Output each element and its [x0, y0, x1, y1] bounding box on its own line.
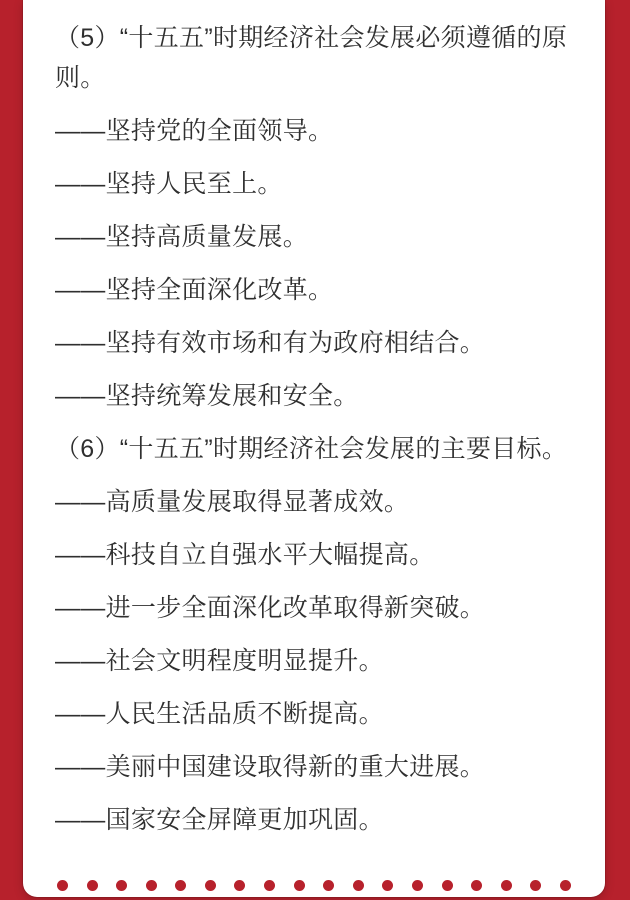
goal-item: ——社会文明程度明显提升。: [55, 641, 595, 681]
heading-line: 则。: [55, 58, 595, 98]
dot-icon: [205, 880, 216, 891]
goal-text: ——国家安全屏障更加巩固。: [55, 800, 595, 840]
dot-icon: [442, 880, 453, 891]
dot-icon: [175, 880, 186, 891]
goal-item: ——国家安全屏障更加巩固。: [55, 800, 595, 840]
principle-text: ——坚持党的全面领导。: [55, 111, 595, 151]
principle-text: ——坚持人民至上。: [55, 164, 595, 204]
dot-icon: [382, 880, 393, 891]
dot-icon: [57, 880, 68, 891]
principle-text: ——坚持全面深化改革。: [55, 270, 595, 310]
heading-line: （6）“十五五”时期经济社会发展的主要目标。: [55, 429, 595, 469]
principle-item: ——坚持人民至上。: [55, 164, 595, 204]
principle-item: ——坚持党的全面领导。: [55, 111, 595, 151]
principle-item: ——坚持统筹发展和安全。: [55, 376, 595, 416]
dot-icon: [353, 880, 364, 891]
goal-text: ——社会文明程度明显提升。: [55, 641, 595, 681]
dot-icon: [323, 880, 334, 891]
document-body: （5）“十五五”时期经济社会发展必须遵循的原 则。 ——坚持党的全面领导。 ——…: [23, 0, 605, 840]
principle-text: ——坚持统筹发展和安全。: [55, 376, 595, 416]
dot-icon: [116, 880, 127, 891]
goal-text: ——人民生活品质不断提高。: [55, 694, 595, 734]
dot-icon: [560, 880, 571, 891]
principle-text: ——坚持高质量发展。: [55, 217, 595, 257]
goal-item: ——进一步全面深化改革取得新突破。: [55, 588, 595, 628]
content-card: （5）“十五五”时期经济社会发展必须遵循的原 则。 ——坚持党的全面领导。 ——…: [23, 0, 605, 897]
dot-icon: [530, 880, 541, 891]
goal-item: ——人民生活品质不断提高。: [55, 694, 595, 734]
principle-item: ——坚持全面深化改革。: [55, 270, 595, 310]
heading-line: （5）“十五五”时期经济社会发展必须遵循的原: [55, 18, 595, 58]
goal-text: ——科技自立自强水平大幅提高。: [55, 535, 595, 575]
dot-icon: [87, 880, 98, 891]
principle-text: ——坚持有效市场和有为政府相结合。: [55, 323, 595, 363]
principle-item: ——坚持高质量发展。: [55, 217, 595, 257]
dot-icon: [501, 880, 512, 891]
section-5-heading: （5）“十五五”时期经济社会发展必须遵循的原 则。: [55, 18, 595, 98]
goal-item: ——高质量发展取得显著成效。: [55, 482, 595, 522]
goal-text: ——进一步全面深化改革取得新突破。: [55, 588, 595, 628]
section-6-heading: （6）“十五五”时期经济社会发展的主要目标。: [55, 429, 595, 469]
principle-item: ——坚持有效市场和有为政府相结合。: [55, 323, 595, 363]
page-background: { "page": { "background_color": "#b7212c…: [0, 0, 630, 900]
goal-text: ——美丽中国建设取得新的重大进展。: [55, 747, 595, 787]
dot-icon: [146, 880, 157, 891]
dot-icon: [294, 880, 305, 891]
goal-text: ——高质量发展取得显著成效。: [55, 482, 595, 522]
dot-icon: [412, 880, 423, 891]
dotted-divider: [57, 880, 571, 891]
goal-item: ——科技自立自强水平大幅提高。: [55, 535, 595, 575]
dot-icon: [471, 880, 482, 891]
dot-icon: [264, 880, 275, 891]
dot-icon: [234, 880, 245, 891]
goal-item: ——美丽中国建设取得新的重大进展。: [55, 747, 595, 787]
